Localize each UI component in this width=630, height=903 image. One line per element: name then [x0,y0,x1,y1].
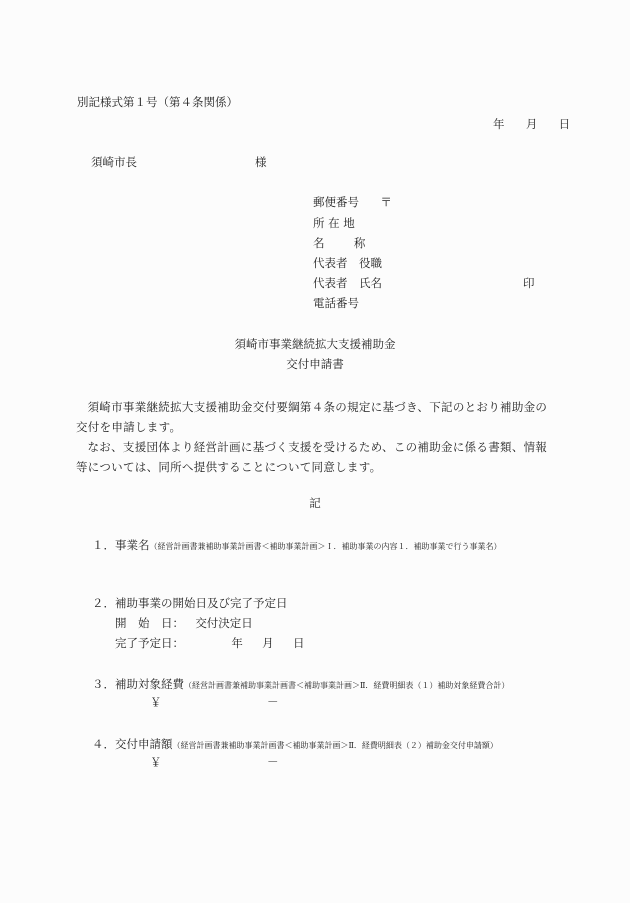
start-date-value: 交付決定日 [195,616,253,630]
date-year-field[interactable]: 年 [493,117,505,131]
item-3-currency: ￥ [150,697,162,709]
item-2-number: ２． [92,596,115,610]
company-name-row[interactable]: 名 称 [313,238,365,250]
item-3: ３．補助対象経費（経営計画書兼補助事業計画書＜補助事業計画＞Ⅱ．経費明細表（１）… [92,679,509,691]
item-4-suffix: － [267,757,279,769]
item-3-number: ３． [92,677,115,691]
end-date-year[interactable]: 年 [231,636,243,650]
item-3-note: （経営計画書兼補助事業計画書＜補助事業計画＞Ⅱ．経費明細表（１）補助対象経費合計… [184,681,509,690]
date-day-field[interactable]: 日 [559,117,571,131]
form-number: 別記様式第１号（第４条関係） [77,97,238,109]
item-4: ４．交付申請額（経営計画書兼補助事業計画書＜補助事業計画＞Ⅱ．経費明細表（２）補… [92,739,498,751]
item-2: ２．補助事業の開始日及び完了予定日 [92,598,288,610]
item-4-currency: ￥ [150,757,162,769]
item-2-label: 補助事業の開始日及び完了予定日 [115,596,288,610]
item-3-amount-field[interactable] [187,697,267,711]
ki-heading: 記 [0,498,630,510]
company-name-label-1: 名 [313,236,325,250]
end-date-row: 完了予定日： 年 月 日 [115,638,304,650]
item-4-number: ４． [92,737,115,751]
document-title-line1: 須崎市事業継続拡大支援補助金 [0,339,630,351]
end-date-day[interactable]: 日 [293,636,305,650]
item-1-number: １． [92,538,115,552]
date-month-field[interactable]: 月 [526,117,538,131]
start-date-row: 開 始 日： 交付決定日 [115,618,253,630]
postal-code-row: 郵便番号 〒 [313,197,392,209]
addressee-name: 須崎市長 [91,157,137,169]
rep-name-label[interactable]: 代表者 氏名 [313,278,382,290]
postal-code-label: 郵便番号 [313,195,359,209]
company-name-label-2: 称 [354,236,366,250]
date-line: 年 月 日 [493,119,570,131]
item-1-label: 事業名 [115,538,150,552]
item-3-label: 補助対象経費 [115,677,184,691]
end-date-label: 完了予定日： [115,636,184,650]
item-4-note: （経営計画書兼補助事業計画書＜補助事業計画＞Ⅱ．経費明細表（２）補助金交付申請額… [173,741,498,750]
item-4-amount-field[interactable] [187,757,267,771]
end-date-month[interactable]: 月 [262,636,274,650]
seal-mark: 印 [523,278,535,290]
item-3-suffix: － [267,697,279,709]
body-paragraph-1: 須崎市事業継続拡大支援補助金交付要綱第４条の規定に基づき、下記のとおり補助金の交… [76,397,554,437]
item-1: １．事業名（経営計画書兼補助事業計画書＜補助事業計画＞Ｉ．補助事業の内容１．補助… [92,540,502,552]
document-title-line2: 交付申請書 [0,359,630,371]
address-label[interactable]: 所 在 地 [313,218,355,230]
postal-mark[interactable]: 〒 [380,195,392,209]
addressee-honorific: 様 [255,157,267,169]
item-1-note: （経営計画書兼補助事業計画書＜補助事業計画＞Ｉ．補助事業の内容１．補助事業で行う… [150,542,502,551]
phone-label[interactable]: 電話番号 [313,298,359,310]
body-paragraph-2: なお、支援団体より経営計画に基づく支援を受けるため、この補助金に係る書類、情報等… [76,437,554,477]
rep-title-label[interactable]: 代表者 役職 [313,258,382,270]
item-4-label: 交付申請額 [115,737,173,751]
start-date-label: 開 始 日： [115,616,184,630]
